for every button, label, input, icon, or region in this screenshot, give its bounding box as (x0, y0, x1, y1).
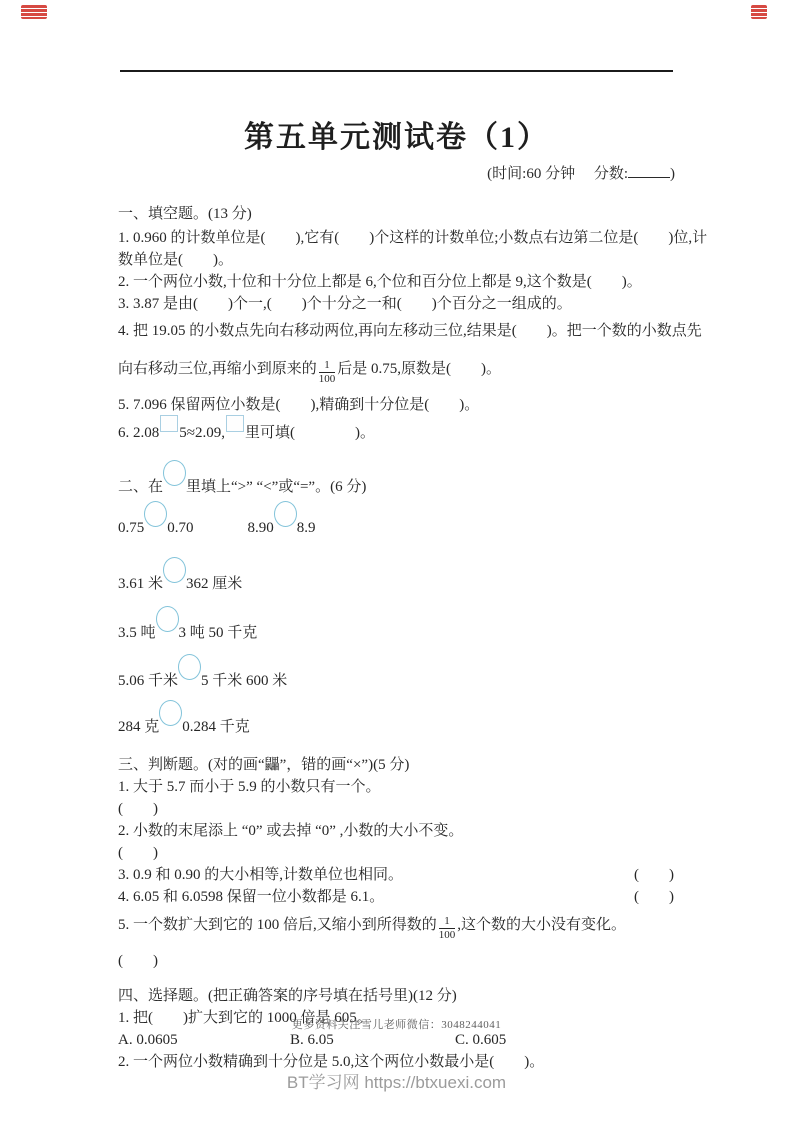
fraction-1-100: 1100 (319, 360, 336, 385)
s2-r1b-left: 8.90 (248, 520, 274, 536)
footer-site-link[interactable]: BT学习网 https://btxuexi.com (0, 1068, 793, 1093)
s1-q6: 6. 2.085≈2.09,里可填( )。 (118, 418, 678, 444)
s1-q6-mid: 5≈2.09, (179, 425, 225, 441)
wechat-watermark-note: 更多资料关注雪儿老师微信：3048244041 (0, 1016, 793, 1032)
s3-q5-pre: 5. 一个数扩大到它的 100 倍后,又缩小到所得数的 (118, 917, 437, 933)
time-score-label: (时间:60 分钟 分数: (487, 166, 628, 182)
s2-r2-left: 3.61 米 (118, 576, 163, 592)
s3-q4-paren: ( ) (634, 886, 674, 908)
fraction-denominator: 100 (319, 373, 336, 385)
s3-q5: 5. 一个数扩大到它的 100 倍后,又缩小到所得数的1100,这个数的大小没有… (118, 908, 678, 942)
compare-circle (144, 501, 167, 527)
s1-q1-line2: 数单位是( )。 (118, 249, 678, 271)
compare-circle (163, 460, 186, 486)
s2-heading-pre: 二、在 (118, 479, 163, 495)
s3-q2-paren: ( ) (118, 842, 678, 864)
s2-row2: 3.61 米362 厘米 (118, 564, 678, 597)
section2-heading: 二、在里填上“>” “<”或“=”。(6 分) (118, 467, 678, 500)
section1-heading: 一、填空题。(13 分) (118, 203, 678, 225)
s2-r3-right: 3 吨 50 千克 (179, 625, 258, 641)
s2-heading-post: 里填上“>” “<”或“=”。(6 分) (186, 479, 366, 495)
s1-q6-post: 里可填( )。 (245, 425, 375, 441)
score-blank (628, 163, 670, 178)
s1-q3: 3. 3.87 是由( )个一,( )个十分之一和( )个百分之一组成的。 (118, 293, 678, 315)
s2-row3: 3.5 吨3 吨 50 千克 (118, 613, 678, 646)
s2-row5: 284 克0.284 千克 (118, 707, 678, 740)
red-watermark-seal-icon (21, 5, 47, 19)
s3-q5-paren: ( ) (118, 950, 678, 972)
s1-q4-line1: 4. 把 19.05 的小数点先向右移动两位,再向左移动三位,结果是( )。把一… (118, 320, 678, 342)
s2-row4: 5.06 千米5 千米 600 米 (118, 661, 678, 694)
fraction-numerator: 1 (319, 360, 336, 373)
fraction-denominator: 100 (439, 929, 456, 941)
s1-q4-line2-post: 后是 0.75,原数是( )。 (337, 361, 501, 377)
time-score-line: (时间:60 分钟 分数:) (487, 162, 675, 183)
s2-r1b-right: 8.9 (297, 520, 316, 536)
option-a: A. 0.0605 (118, 1029, 290, 1051)
s3-q4: 4. 6.05 和 6.0598 保留一位小数都是 6.1。( ) (118, 886, 678, 908)
header-rule (120, 70, 673, 72)
s2-r4-right: 5 千米 600 米 (201, 673, 287, 689)
option-b: B. 6.05 (290, 1029, 455, 1051)
compare-circle (159, 700, 182, 726)
s2-r5-right: 0.284 千克 (182, 719, 250, 735)
meta-close-paren: ) (670, 166, 675, 182)
s3-q4-text: 4. 6.05 和 6.0598 保留一位小数都是 6.1。 (118, 886, 384, 908)
red-watermark-seal-icon (751, 5, 767, 19)
s2-r3-left: 3.5 吨 (118, 625, 156, 641)
s3-q3: 3. 0.9 和 0.90 的大小相等,计数单位也相同。( ) (118, 864, 678, 886)
s2-r4-left: 5.06 千米 (118, 673, 178, 689)
page-title: 第五单元测试卷（1） (0, 112, 793, 156)
compare-circle (178, 654, 201, 680)
s2-row1: 0.750.708.908.9 (118, 508, 678, 541)
s1-q1-line1: 1. 0.960 的计数单位是( ),它有( )个这样的计数单位;小数点右边第二… (118, 227, 678, 249)
test-paper-page: 第五单元测试卷（1） (时间:60 分钟 分数:) 一、填空题。(13 分) 1… (0, 0, 793, 1122)
section4-heading: 四、选择题。(把正确答案的序号填在括号里)(12 分) (118, 985, 678, 1007)
compare-circle (156, 606, 179, 632)
s2-r1a-right: 0.70 (167, 520, 193, 536)
s2-r5-left: 284 克 (118, 719, 159, 735)
s3-q2: 2. 小数的末尾添上 “0” 或去掉 “0” ,小数的大小不变。 (118, 820, 678, 842)
s1-q2: 2. 一个两位小数,十位和十分位上都是 6,个位和百分位上都是 9,这个数是( … (118, 271, 678, 293)
fraction-1-100: 1100 (439, 916, 456, 941)
section3-heading: 三、判断题。(对的画“鼺”，错的画“×”)(5 分) (118, 754, 678, 776)
s3-q3-text: 3. 0.9 和 0.90 的大小相等,计数单位也相同。 (118, 864, 403, 886)
s4-q1-options: A. 0.0605B. 6.05C. 0.605 (118, 1029, 678, 1051)
fraction-numerator: 1 (439, 916, 456, 929)
s1-q6-pre: 6. 2.08 (118, 425, 159, 441)
fill-in-box (160, 415, 178, 432)
paper-body: 一、填空题。(13 分) 1. 0.960 的计数单位是( ),它有( )个这样… (118, 203, 678, 1073)
s3-q5-post: ,这个数的大小没有变化。 (457, 917, 626, 933)
s1-q4-line2: 向右移动三位,再缩小到原来的1100后是 0.75,原数是( )。 (118, 352, 678, 386)
option-c: C. 0.605 (455, 1032, 506, 1048)
s2-r1a-left: 0.75 (118, 520, 144, 536)
s1-q5: 5. 7.096 保留两位小数是( ),精确到十分位是( )。 (118, 394, 678, 416)
s3-q3-paren: ( ) (634, 864, 674, 886)
s3-q1-paren: ( ) (118, 798, 678, 820)
compare-circle (274, 501, 297, 527)
s2-r2-right: 362 厘米 (186, 576, 242, 592)
s1-q4-line2-pre: 向右移动三位,再缩小到原来的 (118, 361, 317, 377)
fill-in-box (226, 415, 244, 432)
s3-q1: 1. 大于 5.7 而小于 5.9 的小数只有一个。 (118, 776, 678, 798)
compare-circle (163, 557, 186, 583)
